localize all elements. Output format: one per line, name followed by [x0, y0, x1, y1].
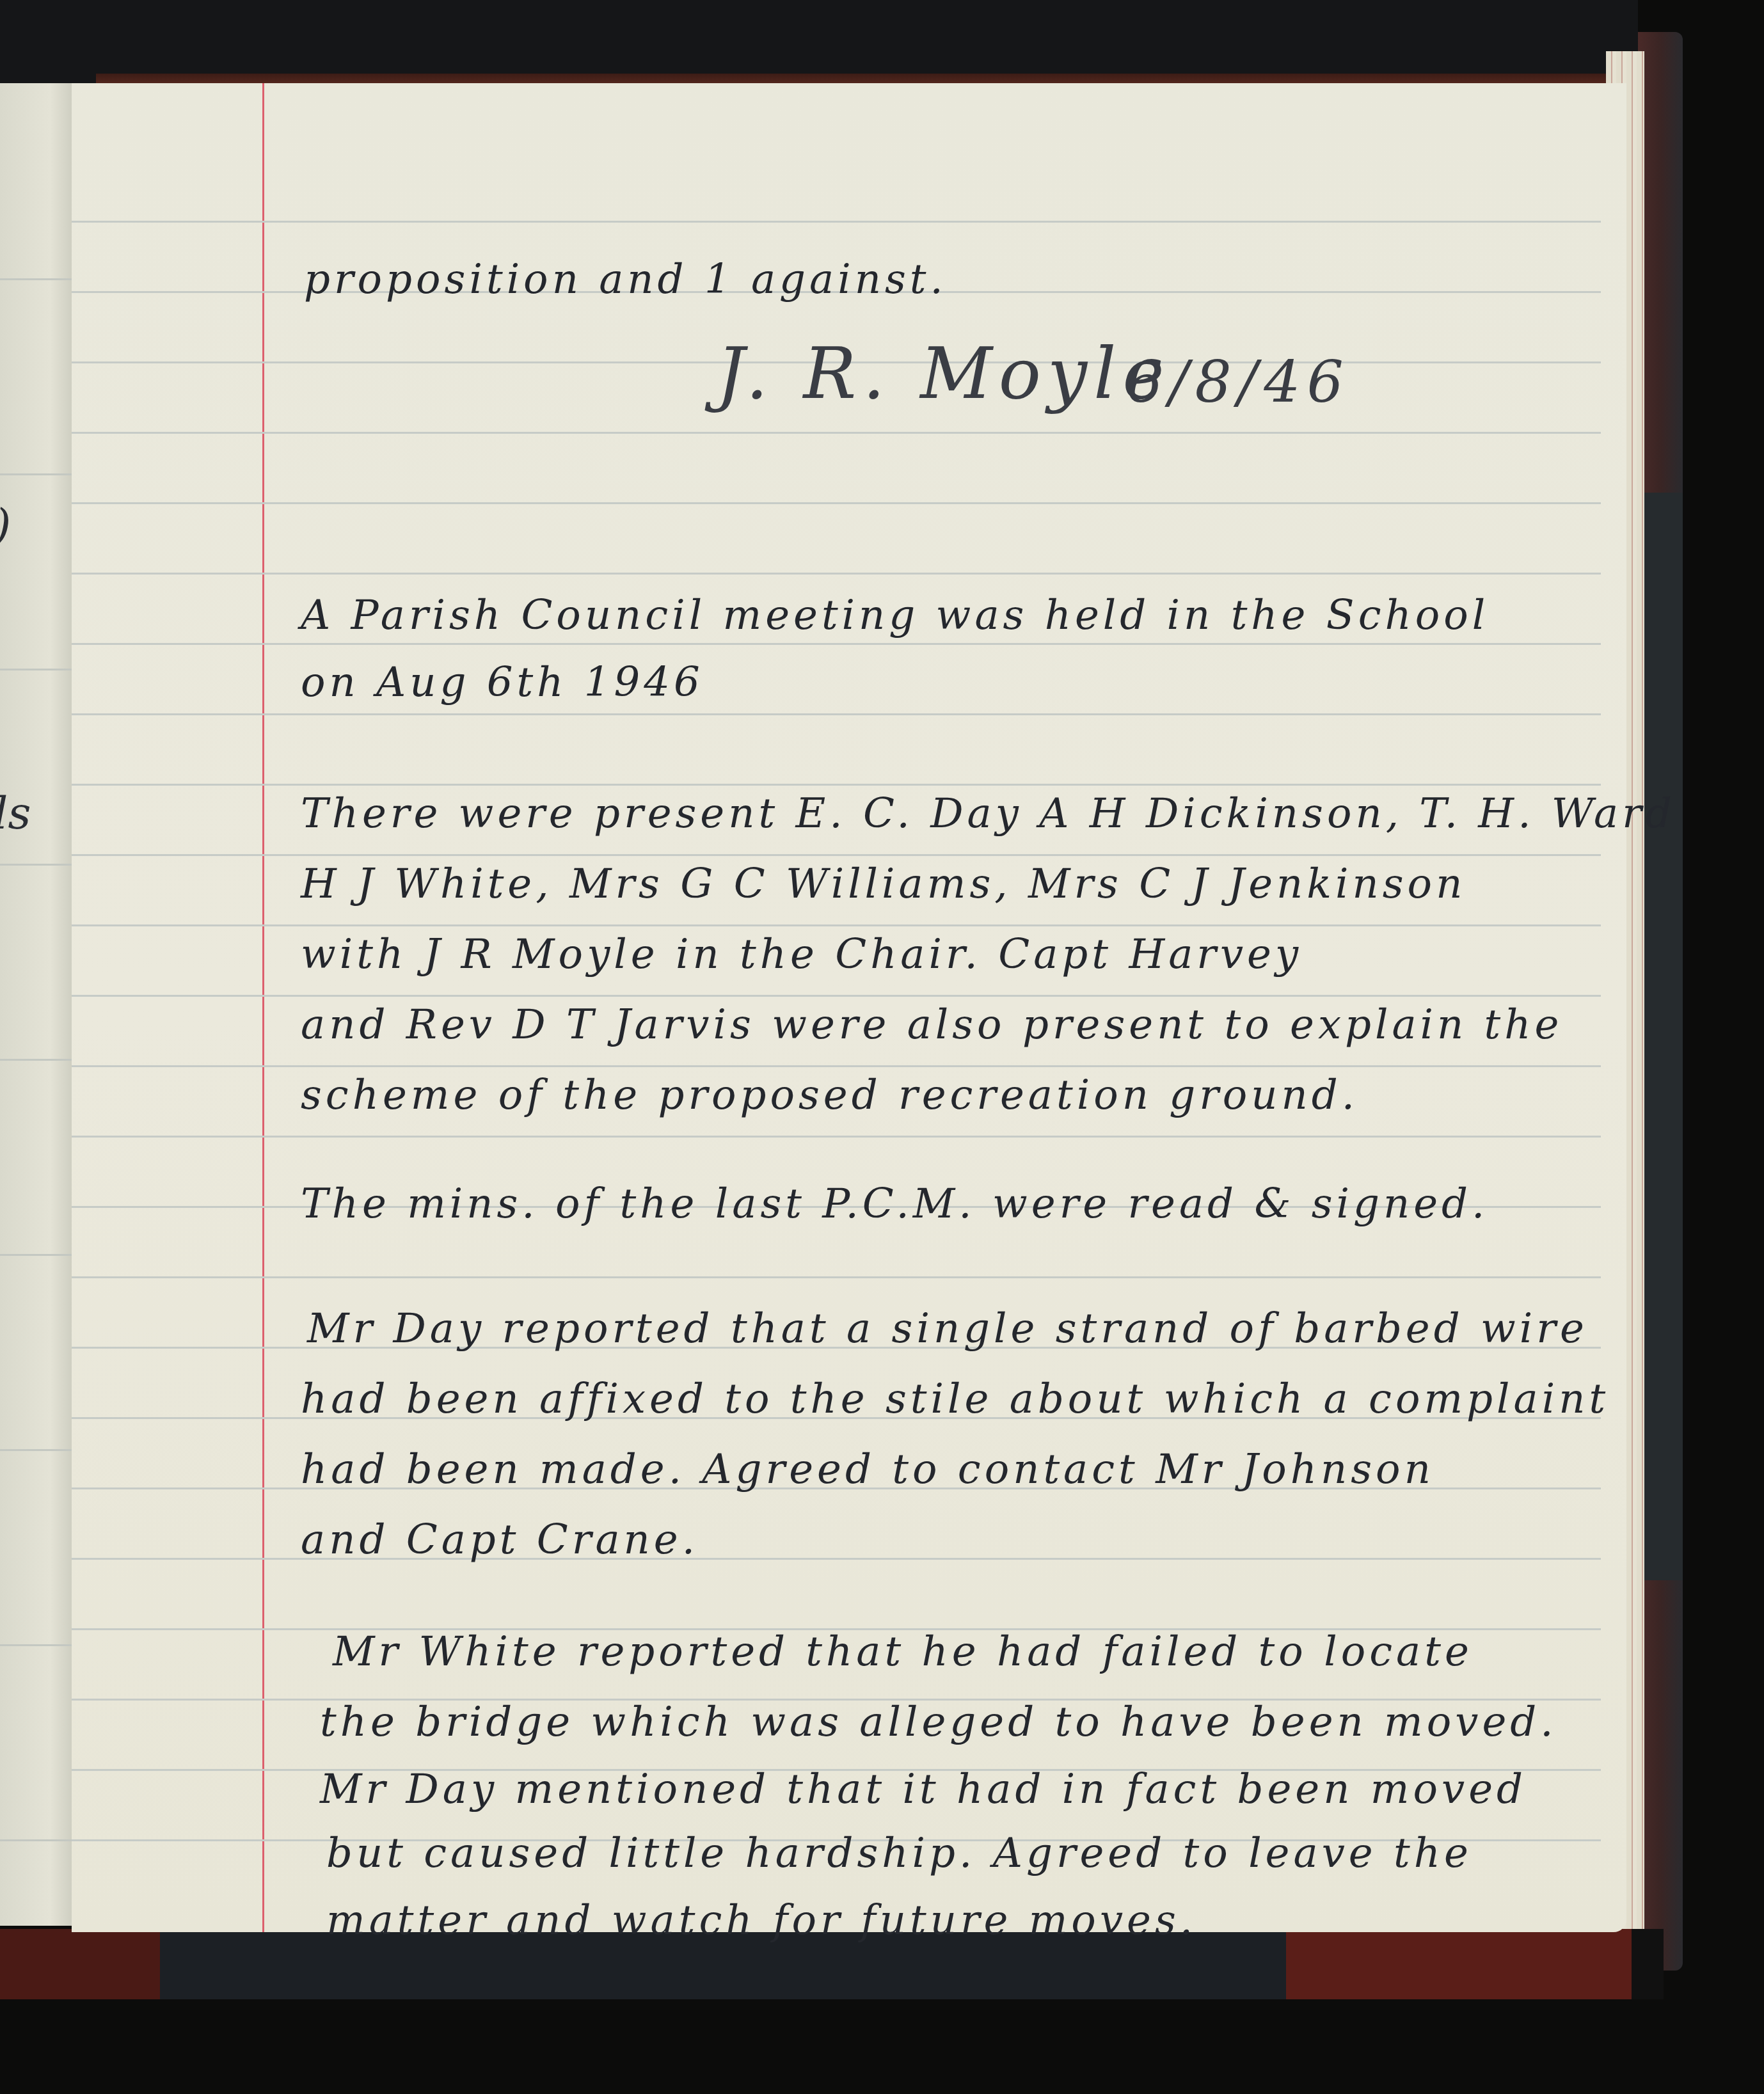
ruled-line [72, 573, 1601, 575]
left-page-fragment: ) [0, 499, 11, 551]
ruled-line [72, 1136, 1601, 1138]
left-rule [0, 864, 72, 866]
minutes-line: the bridge which was alleged to have bee… [320, 1699, 1557, 1746]
left-page-fragment: ls [0, 787, 31, 839]
minutes-line: had been affixed to the stile about whic… [301, 1376, 1609, 1423]
ruled-line [72, 854, 1601, 856]
signature-name: J. R. Moyle [717, 333, 1171, 415]
cover-right [1638, 32, 1683, 1971]
signature-date: 6/8/46 [1126, 349, 1350, 416]
minutes-line: and Rev D T Jarvis were also present to … [301, 1001, 1562, 1049]
margin-rule [262, 83, 264, 1932]
minutes-line: had been made. Agreed to contact Mr John… [301, 1446, 1434, 1493]
ruled-line [72, 1276, 1601, 1278]
ruled-line [72, 432, 1601, 434]
left-rule [0, 278, 72, 280]
ruled-line [72, 713, 1601, 715]
minutes-line: There were present E. C. Day A H Dickins… [301, 790, 1676, 837]
cover-cloth-spine [1638, 493, 1683, 1580]
left-rule [0, 669, 72, 670]
left-rule [0, 1254, 72, 1256]
left-rule [0, 473, 72, 475]
left-rule [0, 1059, 72, 1061]
left-rule [0, 1644, 72, 1646]
left-rule [0, 1839, 72, 1841]
left-facing-page: ) ls [0, 83, 73, 1926]
ruled-line [72, 1065, 1601, 1067]
previous-minutes-line: The mins. of the last P.C.M. were read &… [301, 1180, 1488, 1228]
ruled-line [72, 643, 1601, 645]
ruled-line [72, 995, 1601, 997]
ruled-line [72, 924, 1601, 926]
ruled-line [72, 502, 1601, 504]
minutes-line: scheme of the proposed recreation ground… [301, 1072, 1358, 1119]
minutes-line: on Aug 6th 1946 [301, 659, 704, 706]
minutes-line: but caused little hardship. Agreed to le… [326, 1830, 1472, 1877]
minutes-line: Mr Day mentioned that it had in fact bee… [320, 1766, 1527, 1813]
ruled-line [72, 784, 1601, 786]
minutes-line: with J R Moyle in the Chair. Capt Harvey [301, 931, 1302, 978]
minutes-line: Mr White reported that he had failed to … [333, 1628, 1473, 1676]
minutes-line: A Parish Council meeting was held in the… [301, 592, 1489, 639]
minutes-line: Mr Day reported that a single strand of … [307, 1305, 1588, 1352]
cover-top [0, 0, 1638, 86]
minutes-line: matter and watch for future moves. [326, 1897, 1196, 1944]
carryover-line: proposition and 1 against. [304, 256, 947, 303]
minutes-line: and Capt Crane. [301, 1516, 699, 1564]
minutes-line: H J White, Mrs G C Williams, Mrs C J Jen… [301, 861, 1466, 908]
left-rule [0, 1449, 72, 1451]
ruled-line [72, 221, 1601, 223]
